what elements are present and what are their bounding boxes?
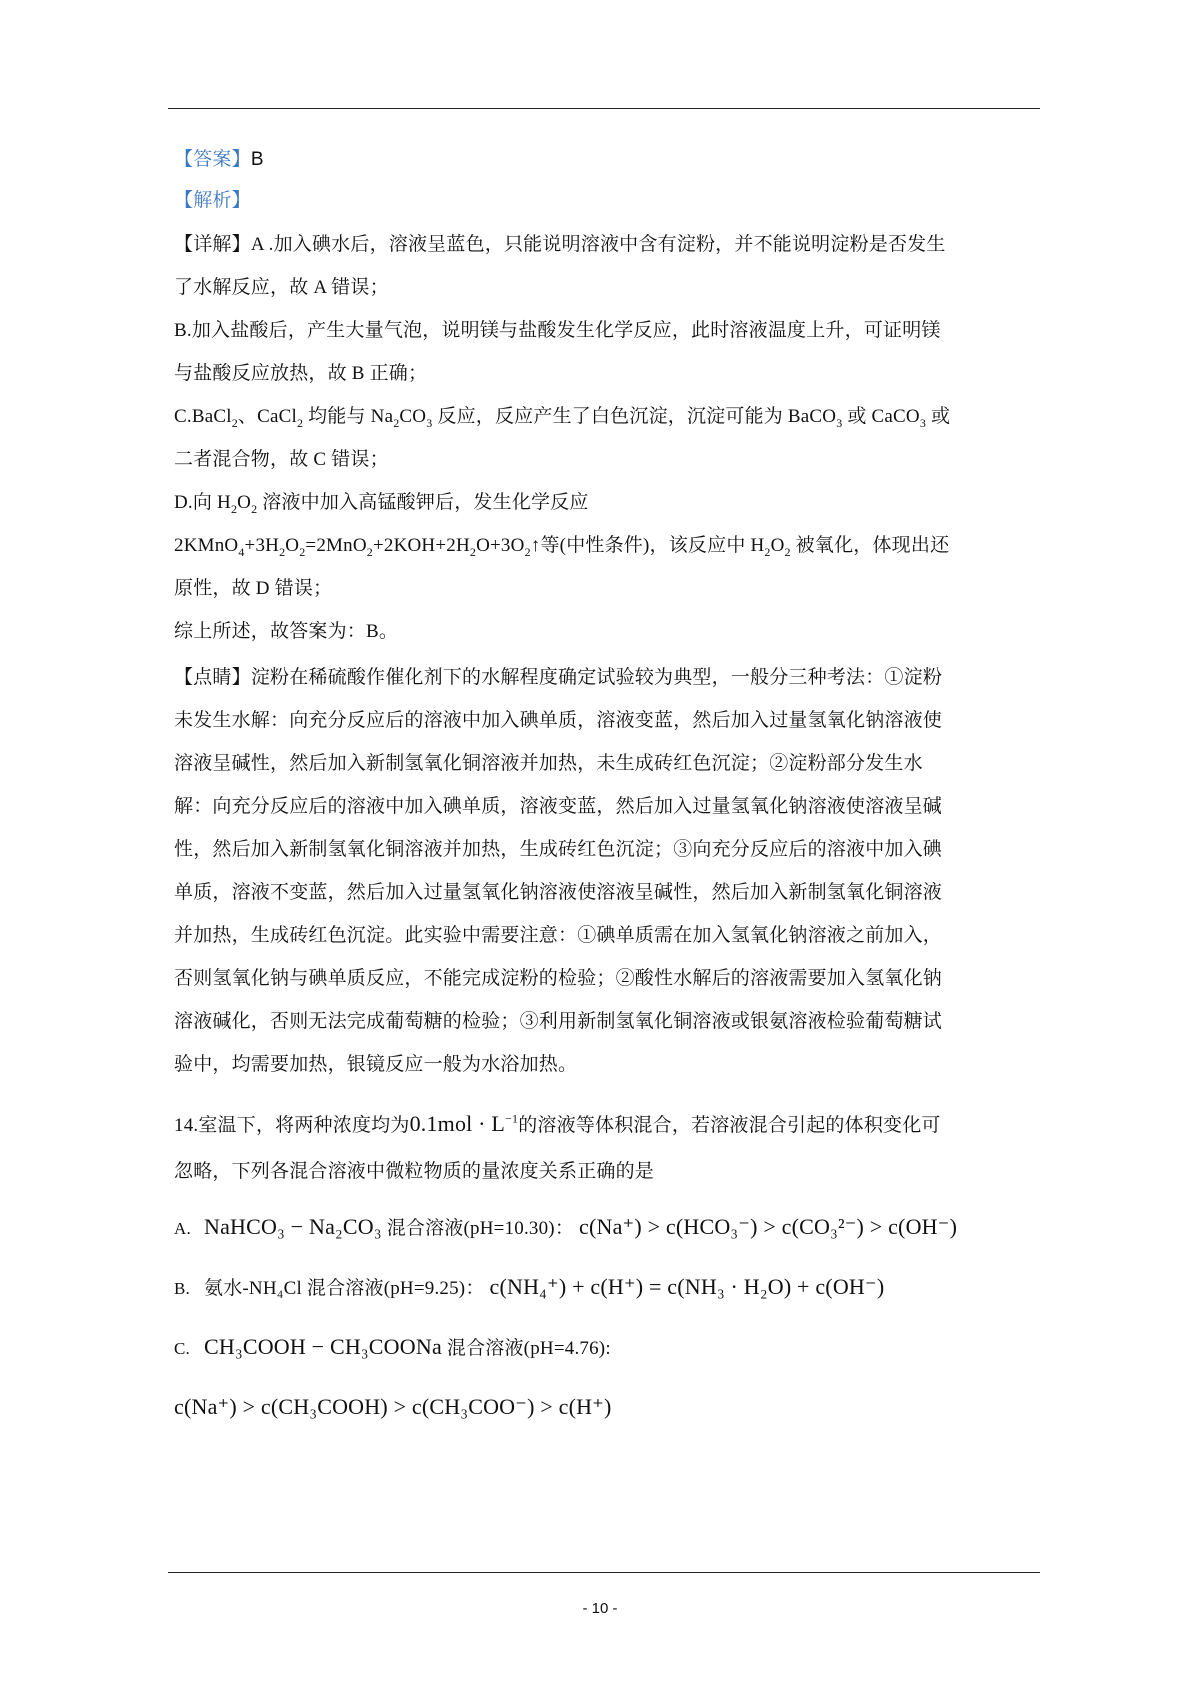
option-c[interactable]: C.CH₃COOH − CH₃COONa 混合溶液(pH=4.76):	[174, 1330, 611, 1364]
text: O	[771, 535, 785, 556]
text: C.BaCl	[174, 406, 232, 427]
text: CO	[399, 406, 426, 427]
question-line-1: 14.室温下，将两种浓度均为0.1mol · L−1的溶液等体积混合，若溶液混合…	[174, 1110, 941, 1138]
text: ↑等(中性条件)，该反应中 H	[531, 535, 765, 556]
text: D.向 H	[174, 492, 231, 513]
footer-rule	[168, 1572, 1040, 1573]
detail-line-5: 二者混合物，故 C 错误；	[174, 450, 389, 470]
analysis-heading: 【解析】	[174, 191, 251, 211]
analysis-label: 【解析】	[174, 190, 251, 211]
detail-line-d: D.向 H2O2 溶液中加入高锰酸钾后，发生化学反应	[174, 493, 589, 513]
tip-line-9: 溶液碱化，否则无法完成葡萄糖的检验；③利用新制氢氧化铜溶液或银氨溶液检验葡萄糖试	[174, 1012, 942, 1032]
conc-value: 0.1mol · L	[410, 1111, 506, 1136]
text: O	[237, 492, 251, 513]
text: 或	[926, 406, 950, 427]
superscript: −1	[505, 1112, 518, 1126]
tip-line-6: 单质，溶液不变蓝，然后加入过量氢氧化钠溶液使溶液呈碱性，然后加入新制氢氧化铜溶液	[174, 883, 942, 903]
tip-line-4: 解：向充分反应后的溶液中加入碘单质，溶液变蓝，然后加入过量氢氧化钠溶液使溶液呈碱	[174, 797, 942, 817]
tip-label: 【点睛】	[174, 667, 251, 688]
option-b[interactable]: B.氨水-NH₄Cl 混合溶液(pH=9.25)： c(NH₄⁺) + c(H⁺…	[174, 1270, 884, 1304]
tip-line-10: 验中，均需要加热，银镜反应一般为水浴加热。	[174, 1055, 577, 1075]
concentration: 0.1mol · L−1	[410, 1111, 519, 1136]
option-formula: CH₃COOH − CH₃COONa	[204, 1334, 442, 1359]
detail-line-7: 原性，故 D 错误；	[174, 579, 332, 599]
text: 反应，反应产生了白色沉淀，沉淀可能为 BaCO	[432, 406, 836, 427]
tip-line-8: 否则氢氧化钠与碘单质反应，不能完成淀粉的检验；②酸性水解后的溶液需要加入氢氧化钠	[174, 969, 942, 989]
page-number: - 10 -	[0, 1600, 1200, 1617]
question-line-2: 忽略，下列各混合溶液中微粒物质的量浓度关系正确的是	[174, 1162, 654, 1182]
text: O	[285, 535, 299, 556]
text: 的溶液等体积混合，若溶液混合引起的体积变化可	[518, 1115, 940, 1136]
option-desc: 混合溶液(pH=10.30)：	[387, 1218, 574, 1239]
option-relation: c(Na⁺) > c(HCO₃⁻) > c(CO₃²⁻) > c(OH⁻)	[579, 1214, 957, 1239]
tip-line-1: 【点睛】淀粉在稀硫酸作催化剂下的水解程度确定试验较为典型，一般分三种考法：①淀粉	[174, 668, 942, 688]
tip-line-3: 溶液呈碱性，然后加入新制氢氧化铜溶液并加热，未生成砖红色沉淀；②淀粉部分发生水	[174, 754, 923, 774]
answer-label: 【答案】	[174, 149, 251, 170]
text: 、CaCl	[238, 406, 297, 427]
tip-line-2: 未发生水解：向充分反应后的溶液中加入碘单质，溶液变蓝，然后加入过量氢氧化钠溶液使	[174, 711, 942, 731]
option-letter: B.	[174, 1272, 204, 1306]
option-desc: 氨水-NH₄Cl 混合溶液(pH=9.25)：	[204, 1278, 485, 1299]
text: O+3O	[476, 535, 524, 556]
text: +3H	[245, 535, 280, 556]
header-rule	[168, 108, 1040, 109]
question-number: 14.	[174, 1115, 198, 1136]
text: 溶液中加入高锰酸钾后，发生化学反应	[257, 492, 588, 513]
answer-value: B	[251, 149, 264, 170]
text: +2KOH+2H	[373, 535, 470, 556]
option-desc: 混合溶液(pH=4.76):	[447, 1338, 611, 1359]
answer-line: 【答案】B	[174, 150, 264, 170]
tip-text: 淀粉在稀硫酸作催化剂下的水解程度确定试验较为典型，一般分三种考法：①淀粉	[251, 667, 942, 688]
option-letter: C.	[174, 1332, 204, 1366]
option-letter: A.	[174, 1212, 204, 1246]
text: 或 CaCO	[842, 406, 919, 427]
option-relation: c(NH₄⁺) + c(H⁺) = c(NH₃ · H₂O) + c(OH⁻)	[490, 1274, 885, 1299]
tip-line-7: 并加热，生成砖红色沉淀。此实验中需要注意：①碘单质需在加入氢氧化钠溶液之前加入，	[174, 926, 942, 946]
detail-label: 【详解】	[174, 234, 251, 255]
text: =2MnO	[305, 535, 366, 556]
text: 被氧化，体现出还	[791, 535, 950, 556]
summary-line: 综上所述，故答案为：B。	[174, 622, 398, 642]
text: 室温下，将两种浓度均为	[198, 1115, 409, 1136]
detail-line-3: B.加入盐酸后，产生大量气泡，说明镁与盐酸发生化学反应，此时溶液温度上升，可证明…	[174, 321, 941, 341]
detail-line-c: C.BaCl2、CaCl2 均能与 Na2CO3 反应，反应产生了白色沉淀，沉淀…	[174, 407, 950, 427]
option-a[interactable]: A.NaHCO₃ − Na₂CO₃ 混合溶液(pH=10.30)： c(Na⁺)…	[174, 1210, 957, 1244]
detail-line-1: 【详解】A .加入碘水后，溶液呈蓝色，只能说明溶液中含有淀粉，并不能说明淀粉是否…	[174, 235, 946, 255]
text: 2KMnO	[174, 535, 238, 556]
detail-line-2: 了水解反应，故 A 错误；	[174, 278, 389, 298]
equation-line: 2KMnO4+3H2O2=2MnO2+2KOH+2H2O+3O2↑等(中性条件)…	[174, 536, 949, 556]
option-formula: NaHCO₃ − Na₂CO₃	[204, 1214, 382, 1239]
tip-line-5: 性，然后加入新制氢氧化铜溶液并加热，生成砖红色沉淀；③向充分反应后的溶液中加入碘	[174, 840, 942, 860]
detail-line-4: 与盐酸反应放热，故 B 正确；	[174, 364, 427, 384]
option-relation: c(Na⁺) > c(CH₃COOH) > c(CH₃COO⁻) > c(H⁺)	[174, 1394, 612, 1419]
detail-text: A .加入碘水后，溶液呈蓝色，只能说明溶液中含有淀粉，并不能说明淀粉是否发生	[251, 234, 946, 255]
option-c-relation: c(Na⁺) > c(CH₃COOH) > c(CH₃COO⁻) > c(H⁺)	[174, 1390, 612, 1424]
text: 均能与 Na	[303, 406, 393, 427]
